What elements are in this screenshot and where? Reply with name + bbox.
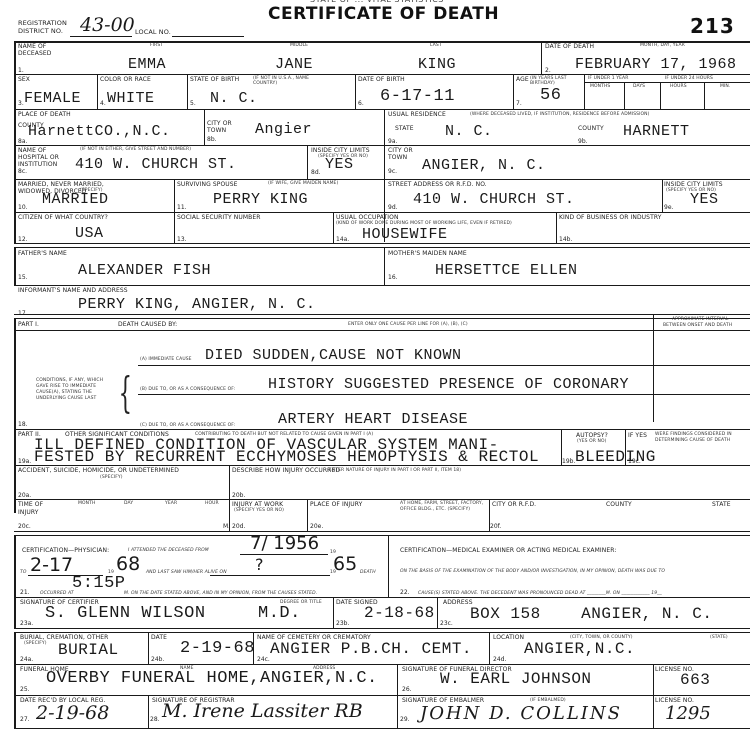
autopsy-note: (YES OR NO) [577, 439, 607, 444]
part-2-line-2-cont: BLEEDING [575, 449, 656, 465]
attended-to-year: 68 [116, 553, 140, 575]
autopsy-label: AUTOPSY? [576, 432, 608, 439]
place-inside-city-value: YES [325, 157, 354, 173]
informant-label: INFORMANT'S NAME AND ADDRESS [18, 287, 128, 294]
place-city-value: Angier [255, 122, 312, 138]
item-24d-number: 24d. [493, 656, 506, 663]
state-of-birth-note: (IF NOT IN U.S.A., NAME COUNTRY) [253, 76, 333, 86]
item-13-number: 13. [177, 236, 187, 243]
item-9a-number: 9a. [388, 138, 397, 145]
marital-label-1: MARRIED, NEVER MARRIED, [18, 181, 104, 188]
item-20d-number: 20d. [232, 523, 245, 530]
injury-day-label: DAY [124, 501, 133, 506]
occurred-at-value: 5:15P [72, 576, 126, 592]
disposition-date-label: DATE [151, 634, 167, 641]
min-label: MIN. [720, 84, 730, 89]
name-label-2: DECEASED [18, 50, 52, 57]
item-14b-number: 14b. [559, 236, 572, 243]
decedent-last-name: KING [418, 57, 456, 73]
hospital-value: 410 W. CHURCH ST. [75, 157, 237, 173]
date-of-birth-value: 6-17-11 [380, 89, 455, 105]
attended-to-value: 2-17 [30, 554, 73, 576]
age-note: (IN YEARS LAST BIRTHDAY) [530, 76, 572, 86]
time-of-injury-label-2: INJURY [18, 509, 38, 516]
citizen-value: USA [75, 226, 104, 242]
disposition-date-value: 2-19-68 [180, 641, 255, 657]
registrar-signature: M. Irene Lassiter RB [162, 700, 363, 722]
disposition-method-label: BURIAL, CREMATION, OTHER [20, 634, 108, 641]
injury-month-label: MONTH [78, 501, 95, 506]
medical-examiner-pronounced: CAUSE(S) STATED ABOVE. THE DECEDENT WAS … [418, 591, 662, 596]
item-27-number: 27. [20, 716, 30, 723]
residence-city-value: ANGIER, N. C. [422, 158, 546, 174]
state-of-birth-value: N. C. [210, 91, 258, 107]
item-20a-number: 20a. [18, 492, 31, 499]
injury-state-label: STATE [712, 501, 731, 508]
item-14a-number: 14a. [336, 236, 349, 243]
sex-value: FEMALE [24, 91, 81, 107]
registration-district-no: 43-00 [80, 14, 135, 36]
days-label: DAYS [633, 84, 645, 89]
item-1-number: 1. [18, 67, 24, 74]
disposition-method-note: (SPECIFY) [24, 641, 47, 646]
item-9e-number: 9e. [664, 204, 673, 211]
marital-value: MARRIED [42, 192, 109, 208]
residence-inside-city-label: INSIDE CITY LIMITS [664, 181, 723, 188]
item-19b-number: 19b. [562, 458, 575, 465]
registration-district-label-1: REGISTRATION [18, 20, 67, 27]
certifier-address-label: ADDRESS [443, 599, 473, 606]
item-28-number: 28. [150, 716, 160, 723]
item-8d-number: 8d. [311, 169, 321, 176]
part-2-line-2: FESTED BY RECURRENT ECCHYMOSES HEMOPTYSI… [34, 449, 539, 465]
certifier-name: S. GLENN WILSON [45, 606, 206, 622]
item-9b-number: 9b. [578, 138, 588, 145]
usual-residence-label: USUAL RESIDENCE [388, 111, 446, 118]
date-signed-value: 2-18-68 [364, 605, 435, 621]
funeral-home-value: OVERBY FUNERAL HOME,ANGIER,N.C. [46, 671, 378, 687]
item-25-number: 25. [20, 686, 30, 693]
item-10-number: 10. [18, 204, 28, 211]
item-16-number: 16. [388, 274, 398, 281]
location-state-note: (STATE) [710, 635, 728, 640]
last-saw-year: 65 [333, 553, 357, 575]
item-7-number: 7. [516, 100, 522, 107]
residence-street-value: 410 W. CHURCH ST. [413, 192, 575, 208]
injury-m-label: M. [223, 523, 230, 530]
mother-label: MOTHER'S MAIDEN NAME [388, 250, 467, 257]
item-20b-number: 20b. [232, 492, 245, 499]
item-24c-number: 24c. [257, 656, 270, 663]
item-24a-number: 24a. [20, 656, 33, 663]
hours-label: HOURS [670, 84, 687, 89]
decedent-middle-name: JANE [275, 57, 313, 73]
describe-injury-label: DESCRIBE HOW INJURY OCCURRED [232, 467, 340, 474]
occupation-value: HOUSEWIFE [362, 227, 448, 243]
item-11-number: 11. [177, 204, 187, 211]
date-of-birth-label: DATE OF BIRTH [358, 76, 405, 83]
injury-at-work-note: (SPECIFY YES OR NO) [234, 508, 284, 513]
physician-cert-label: CERTIFICATION—PHYSICIAN: [22, 547, 109, 554]
hospital-label-1: NAME OF [18, 147, 46, 154]
spouse-note: (IF WIFE, GIVE MAIDEN NAME) [268, 181, 338, 186]
location-label: LOCATION [493, 634, 524, 641]
place-of-injury-label: PLACE OF INJURY [310, 501, 362, 508]
place-city-label-2: TOWN [207, 127, 226, 134]
citizen-label: CITIZEN OF WHAT COUNTRY? [18, 214, 108, 221]
certifier-degree: M.D. [258, 606, 301, 622]
item-12-number: 12. [18, 236, 28, 243]
cause-c-label: (c) DUE TO, OR AS A CONSEQUENCE OF: [140, 423, 235, 428]
location-value: ANGIER,N.C. [524, 641, 635, 657]
months-label: MONTHS [590, 84, 610, 89]
medical-examiner-label: CERTIFICATION—MEDICAL EXAMINER OR ACTING… [400, 547, 616, 554]
residence-state-label: STATE [395, 125, 414, 132]
place-of-injury-note: AT HOME, FARM, STREET, FACTORY, OFFICE B… [400, 501, 488, 513]
cause-a-label: (a) IMMEDIATE CAUSE [140, 357, 192, 362]
injury-hour-label: HOUR [205, 501, 219, 506]
part-1-label: PART I. [18, 321, 39, 328]
attended-from-value: 7/ 1956 [250, 533, 319, 554]
item-23b-number: 23b. [336, 620, 349, 627]
hospital-label-2: HOSPITAL OR [18, 154, 59, 161]
name-label-1: NAME OF [18, 43, 46, 50]
item-5-number: 5. [190, 100, 196, 107]
state-of-birth-label: STATE OF BIRTH [190, 76, 239, 83]
item-6-number: 6. [358, 100, 364, 107]
registration-district-label-2: DISTRICT NO. [18, 28, 63, 35]
item-19a-number: 19a. [18, 458, 31, 465]
accident-note: (SPECIFY) [100, 475, 123, 480]
occurred-at-label: OCCURRED AT [40, 591, 74, 596]
item-8b-number: 8b. [207, 136, 217, 143]
disposition-method-value: BURIAL [58, 642, 119, 658]
item-20e-number: 20e. [310, 523, 323, 530]
item-15-number: 15. [18, 274, 28, 281]
cause-b-value: HISTORY SUGGESTED PRESENCE OF CORONARY [268, 377, 629, 393]
funeral-director-value: W. EARL JOHNSON [440, 671, 592, 687]
item-8a-number: 8a. [18, 138, 27, 145]
place-city-label-1: CITY OR [207, 120, 232, 127]
usual-residence-note: (WHERE DECEASED LIVED, IF INSTITUTION, R… [470, 112, 650, 117]
last-name-label: LAST [430, 43, 442, 48]
residence-county-value: HARNETT [623, 124, 690, 140]
residence-city-label-1: CITY OR [388, 147, 413, 154]
business-label: KIND OF BUSINESS OR INDUSTRY [559, 214, 661, 221]
date-of-death-format: MONTH, DAY, YEAR [640, 43, 685, 48]
item-4-number: 4. [100, 100, 106, 107]
sex-label: SEX [18, 76, 30, 83]
first-name-label: FIRST [150, 43, 163, 48]
date-of-death-label: DATE OF DEATH [545, 43, 594, 50]
spouse-label: SURVIVING SPOUSE [177, 181, 238, 188]
date-recd-value: 2-19-68 [36, 702, 109, 724]
item-21-number: 21. [20, 589, 30, 596]
injury-county-label: COUNTY [606, 501, 632, 508]
residence-state-value: N. C. [445, 124, 493, 140]
spouse-value: PERRY KING [213, 192, 308, 208]
occupation-label: USUAL OCCUPATION [336, 214, 399, 221]
embalmer-license-value: 1295 [665, 703, 711, 724]
item-3-number: 3. [18, 100, 24, 107]
residence-inside-city-value: YES [690, 192, 719, 208]
interval-label-2: BETWEEN ONSET AND DEATH [663, 323, 732, 328]
mother-value: HERSETTCE ELLEN [435, 263, 578, 279]
findings-label: WERE FINDINGS CONSIDERED IN DETERMINING … [655, 432, 750, 444]
one-cause-note: ENTER ONLY ONE CAUSE PER LINE FOR (a), (… [348, 322, 468, 327]
certificate-title: CERTIFICATE OF DEATH [268, 4, 499, 24]
accident-label: ACCIDENT, SUICIDE, HOMICIDE, OR UNDETERM… [18, 467, 179, 474]
interval-label-1: APPROXIMATE INTERVAL [672, 317, 728, 322]
certificate-number: 213 [690, 14, 735, 38]
father-value: ALEXANDER FISH [78, 263, 211, 279]
residence-county-label: COUNTY [578, 125, 604, 132]
item-8c-number: 8c. [18, 168, 27, 175]
embalmer-signature: JOHN D. COLLINS [420, 703, 622, 724]
item-9c-number: 9c. [388, 168, 397, 175]
cause-c-value: ARTERY HEART DISEASE [278, 412, 468, 428]
hospital-label-3: INSTITUTION [18, 161, 57, 168]
injury-at-work-label: INJURY AT WORK [232, 501, 283, 508]
age-value: 56 [540, 88, 561, 104]
conditions-note: CONDITIONS, IF ANY, WHICH GAVE RISE TO I… [36, 378, 106, 402]
item-24b-number: 24b. [151, 656, 164, 663]
death-caused-by-label: DEATH CAUSED BY: [118, 321, 177, 328]
certifier-address-value: BOX 158 ANGIER, N. C. [470, 606, 712, 622]
cause-a-value: DIED SUDDEN,CAUSE NOT KNOWN [205, 348, 462, 364]
to-label: TO [20, 570, 27, 575]
item-2-number: 2. [545, 67, 551, 74]
hospital-note: (IF NOT IN EITHER, GIVE STREET AND NUMBE… [80, 147, 191, 152]
cemetery-value: ANGIER P.B.CH. CEMT. [270, 641, 472, 657]
item-29-number: 29. [400, 716, 410, 723]
decedent-first-name: EMMA [128, 57, 166, 73]
describe-injury-note: (ENTER NATURE OF INJURY IN PART I OR PAR… [327, 468, 461, 473]
stated-above-text: M. ON THE DATE STATED ABOVE, AND IN MY O… [124, 591, 317, 596]
item-23a-number: 23a. [20, 620, 33, 627]
father-label: FATHER'S NAME [18, 250, 67, 257]
color-race-label: COLOR OR RACE [100, 76, 151, 83]
local-no-label: LOCAL NO. [135, 29, 171, 36]
under-24-hours-label: IF UNDER 24 HOURS [665, 76, 713, 81]
date-of-death: FEBRUARY 17, 1968 [575, 57, 737, 73]
place-inside-city-label: INSIDE CITY LIMITS [311, 147, 370, 154]
item-26-number: 26. [402, 686, 412, 693]
injury-year-label: YEAR [165, 501, 177, 506]
injury-city-label: CITY OR R.F.D. [492, 501, 536, 508]
place-county-value: HarnettCO.,N.C. [28, 124, 171, 140]
residence-city-label-2: TOWN [388, 154, 407, 161]
informant-value: PERRY KING, ANGIER, N. C. [78, 297, 316, 313]
brace-icon: { [119, 372, 132, 414]
item-23c-number: 23c. [440, 620, 453, 627]
medical-examiner-basis: ON THE BASIS OF THE EXAMINATION OF THE B… [400, 569, 665, 574]
item-22-number: 22. [400, 589, 410, 596]
director-license-value: 663 [680, 672, 710, 688]
item-20f-number: 20f. [490, 523, 501, 530]
age-label: AGE [516, 76, 529, 83]
time-of-injury-label-1: TIME OF [18, 501, 43, 508]
place-of-death-label: PLACE OF DEATH [18, 111, 71, 118]
cause-b-label: (b) DUE TO, OR AS A CONSEQUENCE OF: [140, 387, 235, 392]
last-saw-value: ? [255, 555, 264, 574]
ssn-label: SOCIAL SECURITY NUMBER [177, 214, 261, 221]
residence-street-label: STREET ADDRESS OR R.F.D. No. [388, 181, 487, 188]
middle-name-label: MIDDLE [290, 43, 308, 48]
death-label: DEATH [360, 570, 376, 575]
under-1-year-label: IF UNDER 1 YEAR [588, 76, 628, 81]
color-race-value: WHITE [107, 91, 155, 107]
item-20c-number: 20c. [18, 523, 31, 530]
item-9d-number: 9d. [388, 204, 398, 211]
item-18-number: 18. [18, 421, 28, 428]
if-yes-label: IF YES [628, 432, 647, 439]
